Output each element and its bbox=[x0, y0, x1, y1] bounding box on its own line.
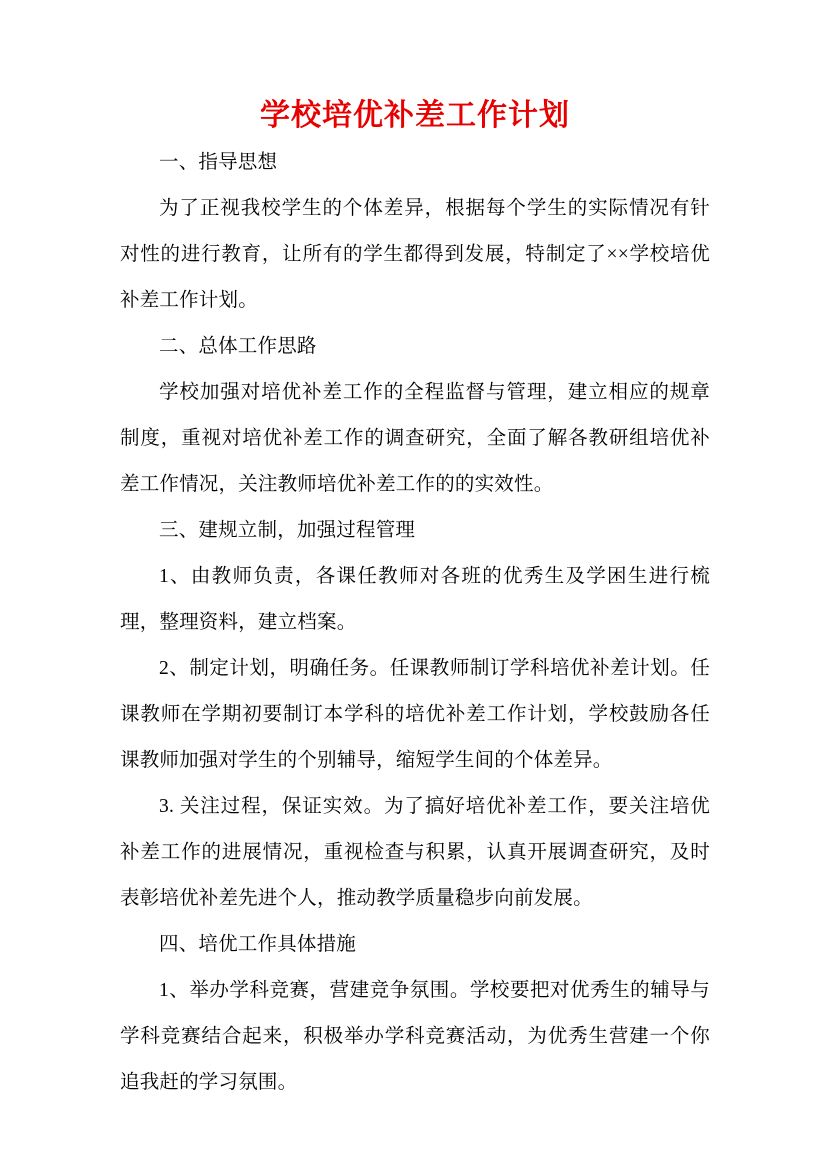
paragraph: 1、举办学科竞赛，营建竞争氛围。学校要把对优秀生的辅导与学科竞赛结合起来，积极举… bbox=[120, 968, 710, 1106]
section-heading: 四、培优工作具体措施 bbox=[120, 922, 710, 968]
document-page: 学校培优补差工作计划 一、指导思想 为了正视我校学生的个体差异，根据每个学生的实… bbox=[0, 0, 827, 1169]
section-heading: 一、指导思想 bbox=[120, 140, 710, 186]
paragraph: 3. 关注过程，保证实效。为了搞好培优补差工作，要关注培优补差工作的进展情况，重… bbox=[120, 784, 710, 922]
section-heading: 二、总体工作思路 bbox=[120, 324, 710, 370]
paragraph: 1、由教师负责，各课任教师对各班的优秀生及学困生进行梳理，整理资料，建立档案。 bbox=[120, 554, 710, 646]
paragraph: 学校加强对培优补差工作的全程监督与管理，建立相应的规章制度，重视对培优补差工作的… bbox=[120, 370, 710, 508]
section-heading: 三、建规立制，加强过程管理 bbox=[120, 508, 710, 554]
paragraph: 2、制定计划，明确任务。任课教师制订学科培优补差计划。任课教师在学期初要制订本学… bbox=[120, 646, 710, 784]
document-title: 学校培优补差工作计划 bbox=[120, 92, 710, 140]
paragraph: 为了正视我校学生的个体差异，根据每个学生的实际情况有针对性的进行教育，让所有的学… bbox=[120, 186, 710, 324]
